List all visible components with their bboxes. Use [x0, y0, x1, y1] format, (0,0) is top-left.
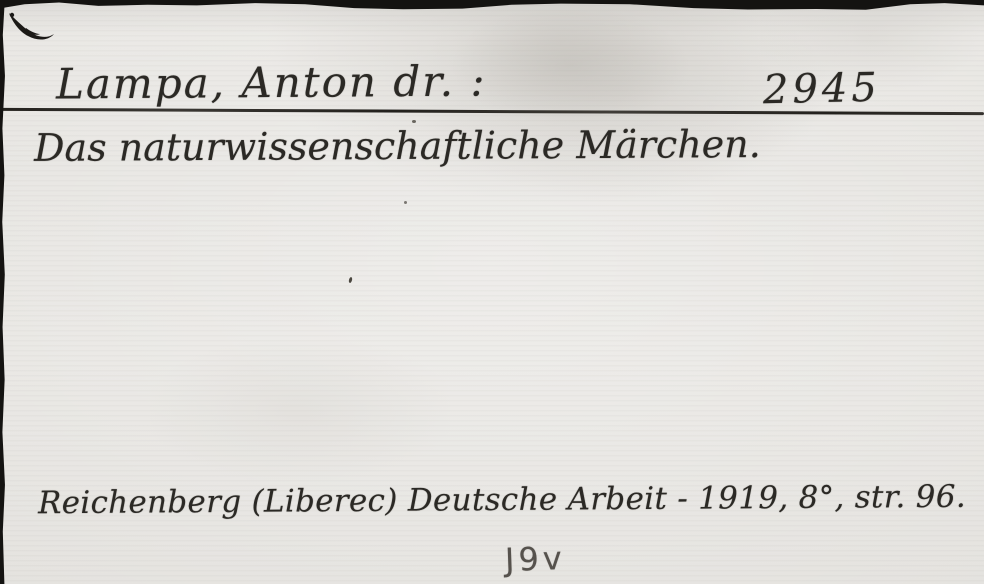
paper-speck	[412, 120, 416, 123]
paper-speck	[348, 277, 352, 284]
catalog-card-scan: Lampa, Anton dr. : 2945 Das naturwissens…	[0, 0, 984, 584]
author-heading: Lampa, Anton dr. :	[56, 56, 487, 108]
scan-top-edge	[0, 0, 984, 14]
catalog-number: 2945	[763, 65, 882, 113]
scan-left-edge	[0, 0, 8, 584]
shelfmark-note: J9v	[504, 539, 566, 579]
imprint-line: Reichenberg (Liberec) Deutsche Arbeit - …	[38, 479, 966, 521]
paper-speck	[404, 201, 407, 204]
ink-blot	[6, 10, 58, 48]
title-line: Das naturwissenschaftliche Märchen.	[34, 122, 761, 170]
paper-stain	[150, 340, 450, 480]
